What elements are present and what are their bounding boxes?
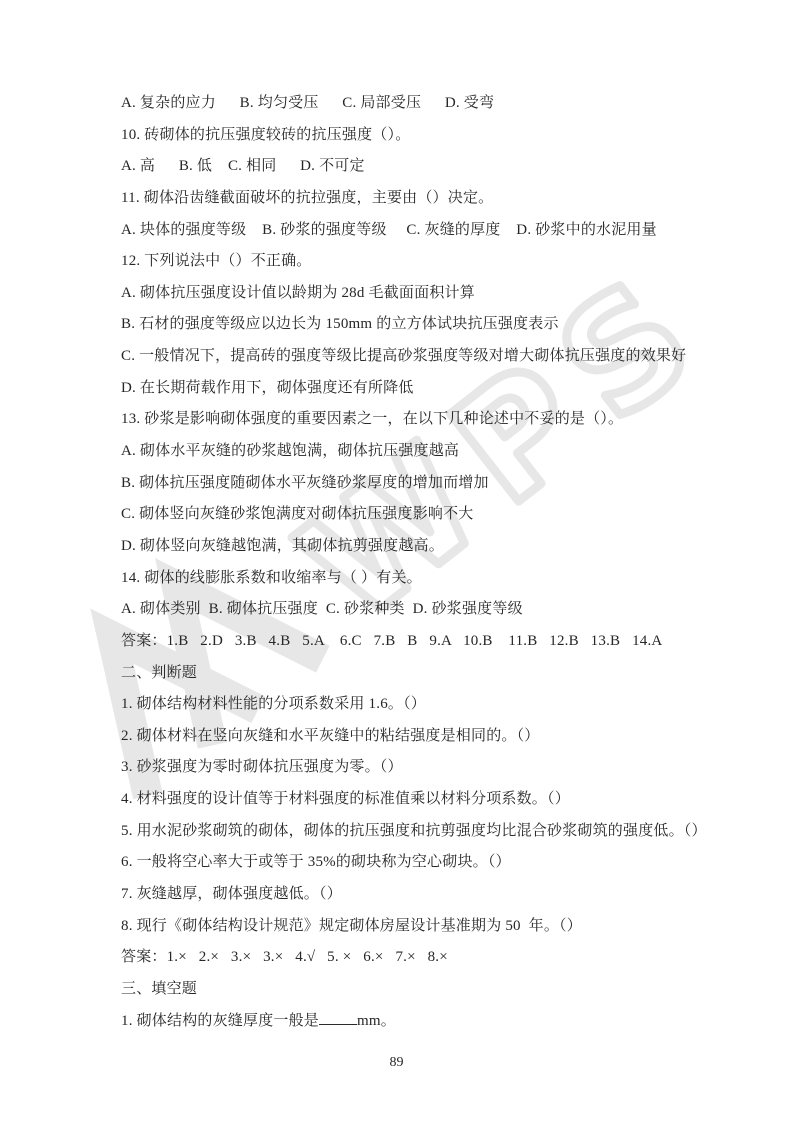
q12-option-d-line: D. 在长期荷载作用下，砌体强度还有所降低 — [121, 373, 781, 405]
q9-options-line: A. 复杂的应力 B. 均匀受压 C. 局部受压 D. 受弯 — [121, 88, 781, 120]
fill-blank-q1-line: 1. 砌体结构的灰缝厚度一般是mm。 — [121, 1006, 781, 1038]
document-page: { "page": { "number": "89", "background_… — [0, 0, 793, 1122]
q10-line: 10. 砖砌体的抗压强度较砖的抗压强度（）。 — [121, 120, 781, 152]
q14-line: 14. 砌体的线膨胀系数和收缩率与（ ）有关。 — [121, 563, 781, 595]
q12-option-c-line: C. 一般情况下，提高砖的强度等级比提高砂浆强度等级对增大砌体抗压强度的效果好 — [121, 341, 781, 373]
judgment-q8-line: 8. 现行《砌体结构设计规范》规定砌体房屋设计基准期为 50 年。（） — [121, 911, 781, 943]
judgment-q1-line: 1. 砌体结构材料性能的分项系数采用 1.6。（） — [121, 689, 781, 721]
q13-option-b-line: B. 砌体抗压强度随砌体水平灰缝砂浆厚度的增加而增加 — [121, 468, 781, 500]
judgment-q6-line: 6. 一般将空心率大于或等于 35%的砌块称为空心砌块。（） — [121, 847, 781, 879]
fill-blank-section-heading: 三、填空题 — [121, 974, 781, 1006]
q13-option-a-line: A. 砌体水平灰缝的砂浆越饱满，砌体抗压强度越高 — [121, 436, 781, 468]
q12-line: 12. 下列说法中（）不正确。 — [121, 246, 781, 278]
judgment-q2-line: 2. 砌体材料在竖向灰缝和水平灰缝中的粘结强度是相同的。（） — [121, 721, 781, 753]
q11-line: 11. 砌体沿齿缝截面破坏的抗拉强度，主要由（）决定。 — [121, 183, 781, 215]
q12-option-a-line: A. 砌体抗压强度设计值以龄期为 28d 毛截面面积计算 — [121, 278, 781, 310]
q10-options-line: A. 高 B. 低 C. 相同 D. 不可定 — [121, 151, 781, 183]
judgment-q4-line: 4. 材料强度的设计值等于材料强度的标准值乘以材料分项系数。（） — [121, 784, 781, 816]
page-number: 89 — [0, 1048, 793, 1078]
q13-line: 13. 砂浆是影响砌体强度的重要因素之一，在以下几种论述中不妥的是（）。 — [121, 404, 781, 436]
q13-option-d-line: D. 砌体竖向灰缝越饱满，其砌体抗剪强度越高。 — [121, 531, 781, 563]
document-text-block: A. 复杂的应力 B. 均匀受压 C. 局部受压 D. 受弯 10. 砖砌体的抗… — [121, 88, 781, 1037]
true-false-section-heading: 二、判断题 — [121, 658, 781, 690]
q12-option-b-line: B. 石材的强度等级应以边长为 150mm 的立方体试块抗压强度表示 — [121, 309, 781, 341]
q11-options-line: A. 块体的强度等级 B. 砂浆的强度等级 C. 灰缝的厚度 D. 砂浆中的水泥… — [121, 215, 781, 247]
judgment-q7-line: 7. 灰缝越厚，砌体强度越低。（） — [121, 879, 781, 911]
fill-blank-underline — [319, 1022, 357, 1025]
judgment-q3-line: 3. 砂浆强度为零时砌体抗压强度为零。（） — [121, 752, 781, 784]
fill-blank-q1-prefix: 1. 砌体结构的灰缝厚度一般是 — [121, 1013, 319, 1029]
q13-option-c-line: C. 砌体竖向灰缝砂浆饱满度对砌体抗压强度影响不大 — [121, 499, 781, 531]
multiple-choice-answers-line: 答案：1.B 2.D 3.B 4.B 5.A 6.C 7.B B 9.A 10.… — [121, 626, 781, 658]
q14-options-line: A. 砌体类别 B. 砌体抗压强度 C. 砂浆种类 D. 砂浆强度等级 — [121, 594, 781, 626]
fill-blank-q1-suffix: mm。 — [357, 1013, 396, 1029]
judgment-q5-line: 5. 用水泥砂浆砌筑的砌体，砌体的抗压强度和抗剪强度均比混合砂浆砌筑的强度低。（… — [121, 816, 781, 848]
true-false-answers-line: 答案：1.× 2.× 3.× 3.× 4.√ 5. × 6.× 7.× 8.× — [121, 942, 781, 974]
